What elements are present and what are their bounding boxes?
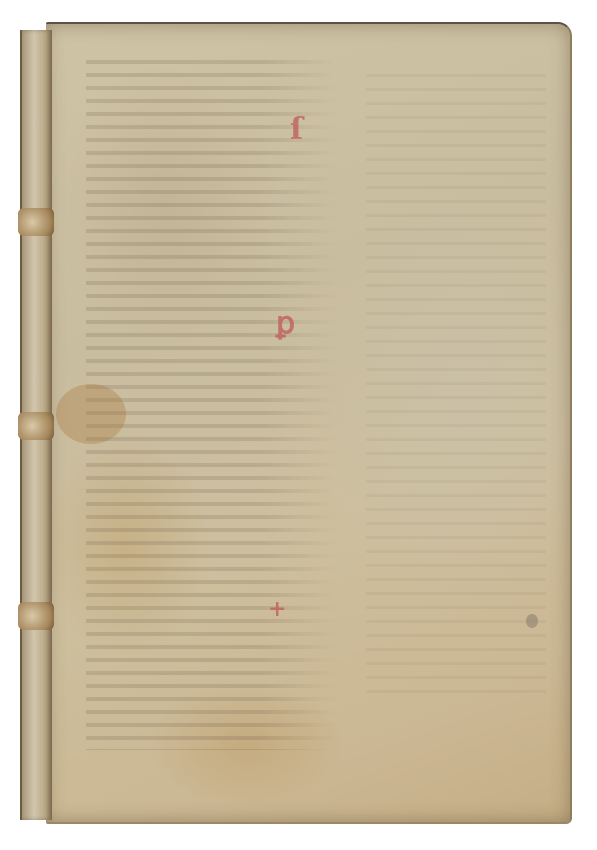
manuscript-book: ſ ꝑ + (20, 22, 570, 822)
faded-text-column-right (366, 74, 546, 694)
rubric-initial: ꝑ (276, 306, 295, 341)
water-stain (56, 384, 126, 444)
spine (20, 30, 52, 820)
wormhole (526, 614, 538, 628)
sewing-tie (18, 412, 54, 440)
sewing-tie (18, 208, 54, 236)
sewing-tie (18, 602, 54, 630)
rubric-initial: + (268, 596, 286, 622)
vellum-cover: ſ ꝑ + (46, 22, 572, 824)
rubric-initial: ſ (290, 112, 303, 147)
